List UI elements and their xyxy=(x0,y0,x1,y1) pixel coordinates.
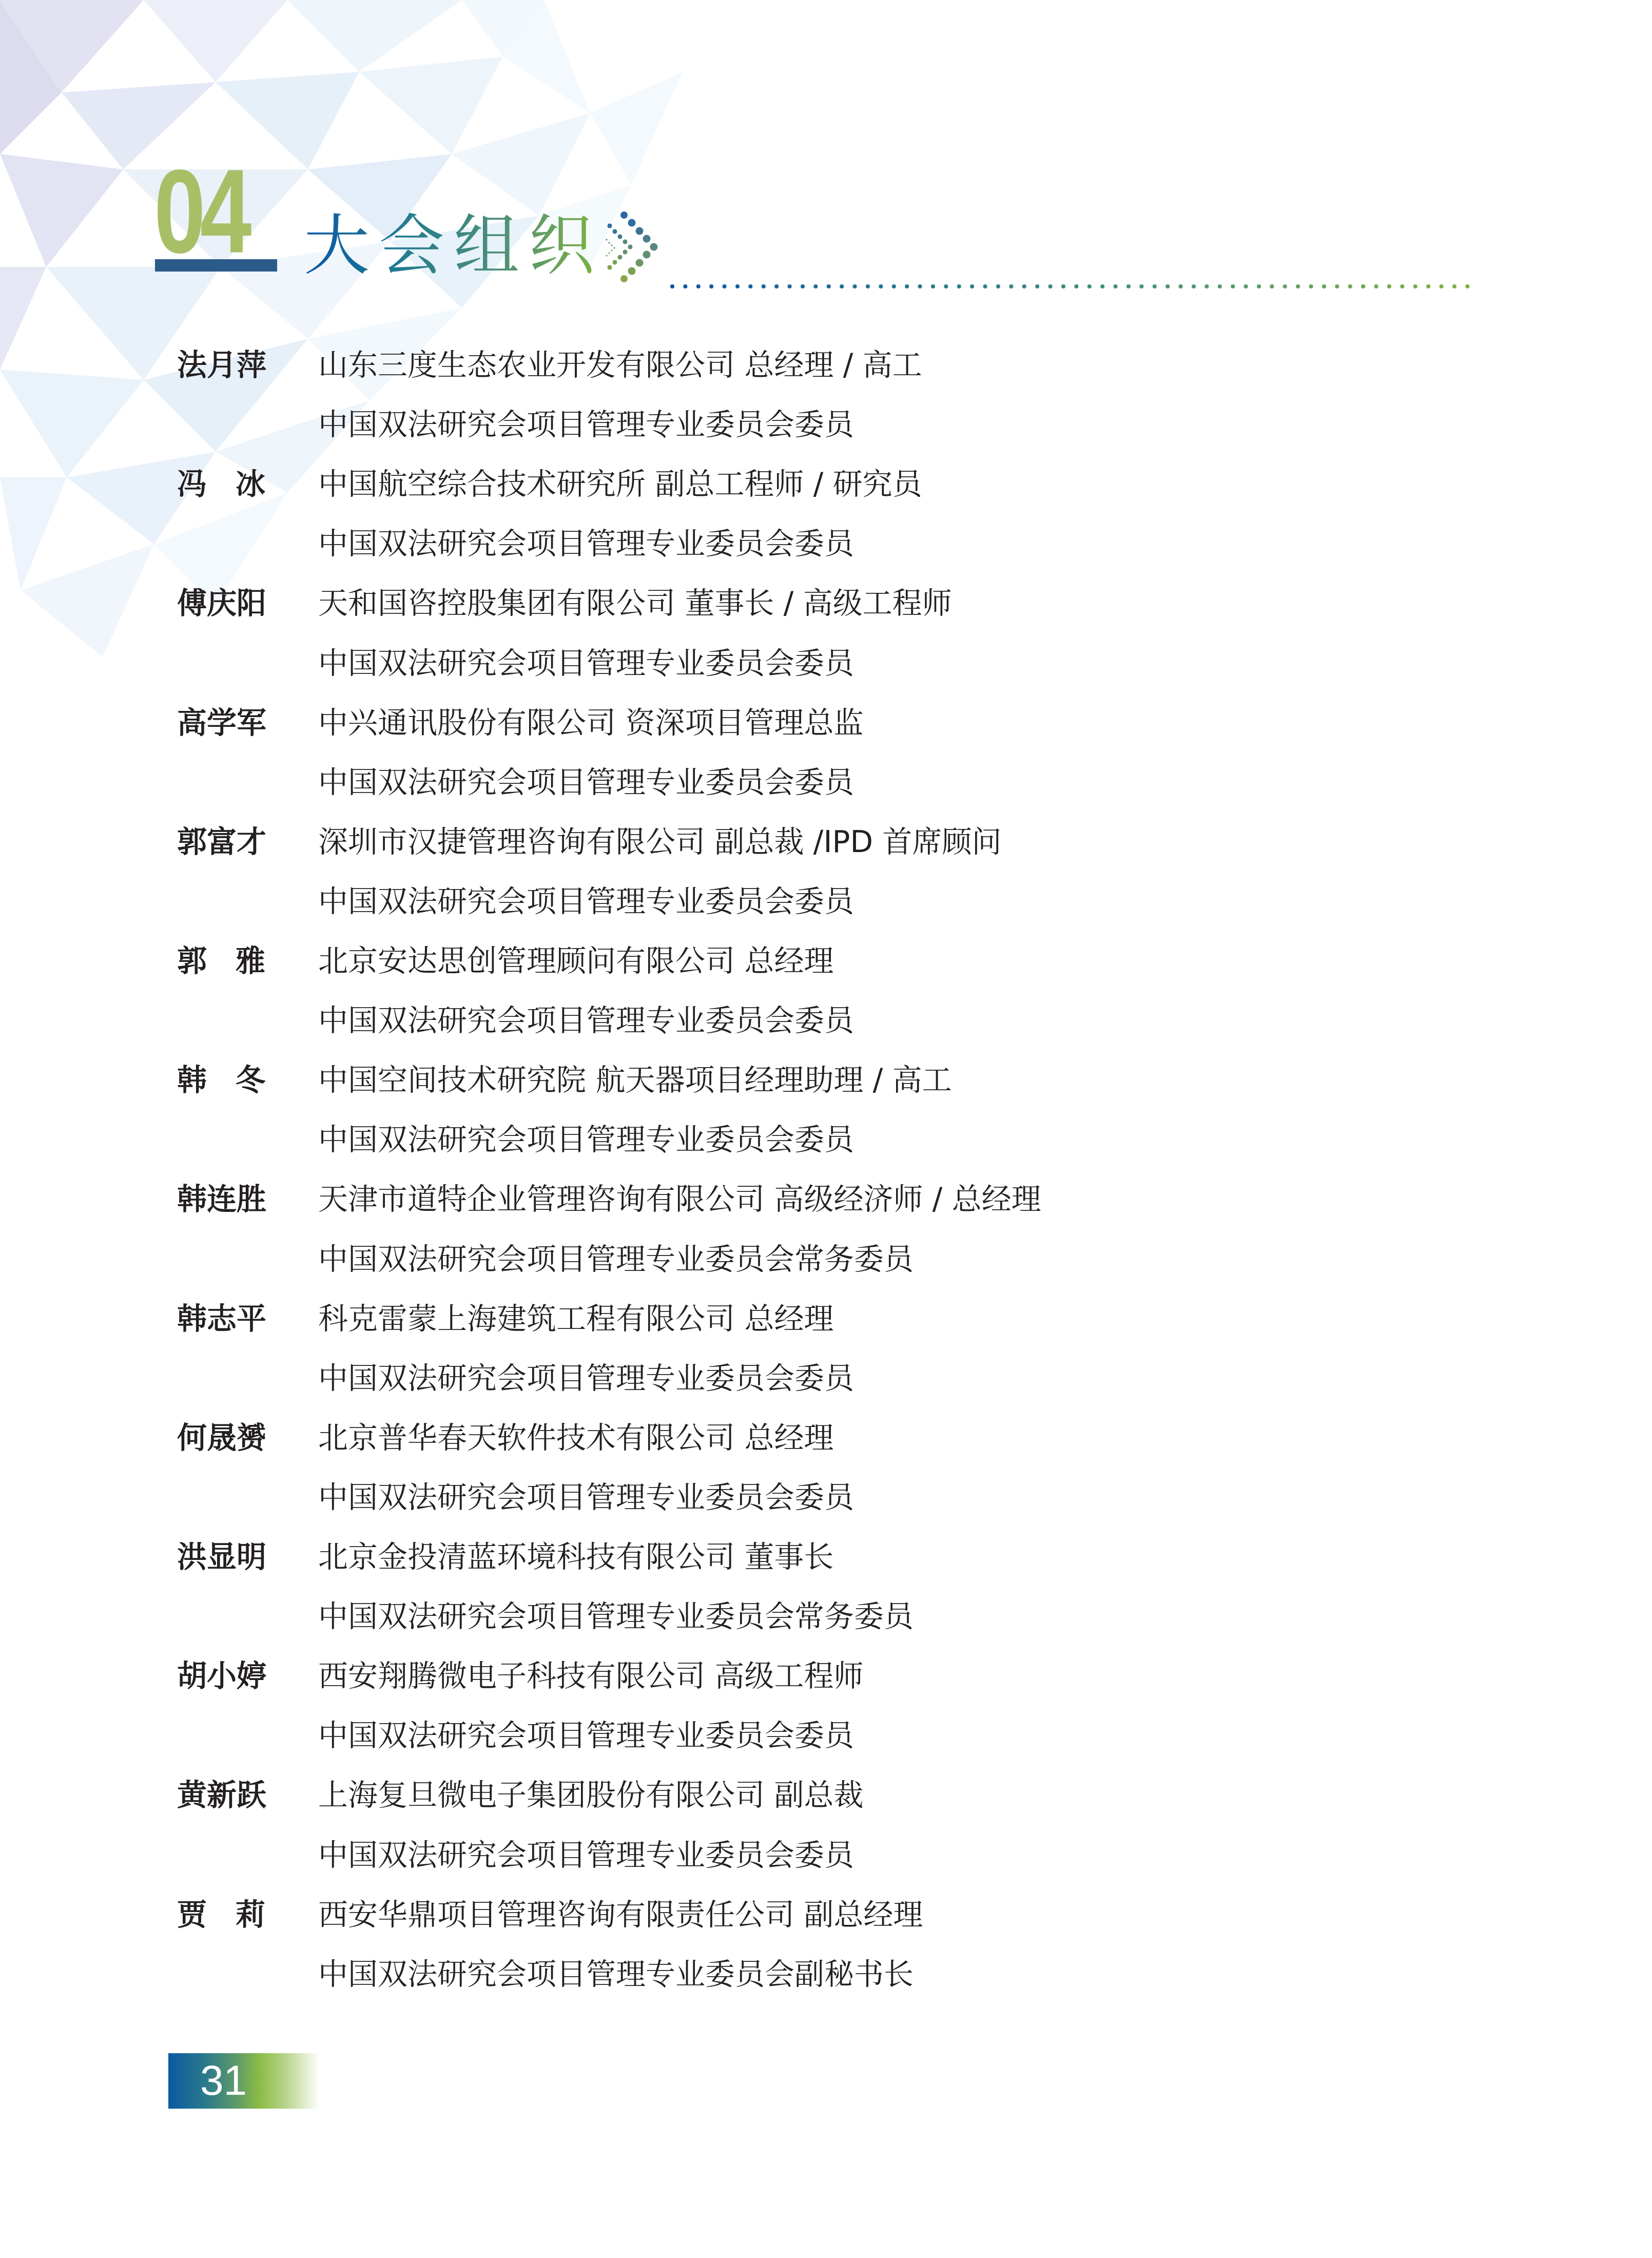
member-name-char: 才 xyxy=(237,812,266,872)
member-affiliation: 深圳市汉捷管理咨询有限公司 副总裁 /IPD 首席顾问 xyxy=(318,812,1002,872)
member-name-char: 明 xyxy=(237,1527,266,1587)
member-affiliation: 中国航空综合技术研究所 副总工程师 / 研究员 xyxy=(318,454,922,514)
member-affiliation: 天和国咨控股集团有限公司 董事长 / 高级工程师 xyxy=(318,573,952,633)
member-name-char: 小 xyxy=(207,1646,237,1706)
dotted-divider xyxy=(670,281,1475,292)
member-name-char: 莉 xyxy=(236,1885,265,1944)
member-committee-role: 中国双法研究会项目管理专业委员会委员 xyxy=(318,1706,854,1765)
member-name: 黄新跃 xyxy=(177,1765,265,1825)
member-name: 高学军 xyxy=(177,693,265,752)
member-name-char: 法 xyxy=(177,335,207,395)
section-number: 04 xyxy=(154,163,251,261)
member-affiliation: 上海复旦微电子集团股份有限公司 副总裁 xyxy=(318,1765,863,1825)
member-committee-role: 中国双法研究会项目管理专业委员会委员 xyxy=(318,514,854,573)
member-committee-role: 中国双法研究会项目管理专业委员会副秘书长 xyxy=(318,1944,914,2004)
member-name-char: 平 xyxy=(237,1289,266,1348)
member-name-char: 韩 xyxy=(177,1169,207,1229)
member-name-char: 新 xyxy=(207,1765,237,1825)
member-name-char: 雅 xyxy=(236,931,265,991)
member-affiliation: 西安翔腾微电子科技有限公司 高级工程师 xyxy=(318,1646,863,1706)
member-name-char: 黄 xyxy=(177,1765,207,1825)
member-committee-role: 中国双法研究会项目管理专业委员会委员 xyxy=(318,1468,854,1527)
member-name-char: 韩 xyxy=(177,1050,207,1110)
member-committee-role: 中国双法研究会项目管理专业委员会委员 xyxy=(318,1348,854,1408)
member-committee-role: 中国双法研究会项目管理专业委员会委员 xyxy=(318,1825,854,1885)
member-name-char: 学 xyxy=(207,693,237,752)
member-name-char: 萍 xyxy=(237,335,266,395)
member-affiliation: 天津市道特企业管理咨询有限公司 高级经济师 / 总经理 xyxy=(318,1169,1041,1229)
member-name: 法月萍 xyxy=(177,335,265,395)
member-name-char: 庆 xyxy=(207,573,237,633)
member-name-char: 赟 xyxy=(237,1408,266,1468)
member-name-char: 胜 xyxy=(237,1169,266,1229)
member-name: 贾莉 xyxy=(177,1885,265,1944)
member-name-char: 高 xyxy=(177,693,207,752)
member-affiliation: 北京普华春天软件技术有限公司 总经理 xyxy=(318,1408,833,1468)
member-affiliation: 西安华鼎项目管理咨询有限责任公司 副总经理 xyxy=(318,1885,923,1944)
member-name: 韩志平 xyxy=(177,1289,265,1348)
member-committee-role: 中国双法研究会项目管理专业委员会委员 xyxy=(318,872,854,931)
member-name: 傅庆阳 xyxy=(177,573,265,633)
member-name: 胡小婷 xyxy=(177,1646,265,1706)
member-name-char: 显 xyxy=(207,1527,237,1587)
member-committee-role: 中国双法研究会项目管理专业委员会委员 xyxy=(318,395,854,454)
member-name-char: 冰 xyxy=(236,454,265,514)
member-affiliation: 科克雷蒙上海建筑工程有限公司 总经理 xyxy=(318,1289,833,1348)
member-name-char: 军 xyxy=(237,693,266,752)
member-affiliation: 北京金投清蓝环境科技有限公司 董事长 xyxy=(318,1527,833,1587)
member-name: 郭富才 xyxy=(177,812,265,872)
section-number-underline xyxy=(155,259,277,272)
member-committee-role: 中国双法研究会项目管理专业委员会常务委员 xyxy=(318,1587,914,1646)
member-name: 洪显明 xyxy=(177,1527,265,1587)
member-name: 郭雅 xyxy=(177,931,265,991)
member-name-char: 韩 xyxy=(177,1289,207,1348)
member-name: 韩冬 xyxy=(177,1050,265,1110)
member-name-char: 冯 xyxy=(177,454,207,514)
section-header: 04 大会组织 xyxy=(0,0,1652,318)
member-name-char: 何 xyxy=(177,1408,207,1468)
member-name-char: 贾 xyxy=(177,1885,207,1944)
member-name-char: 洪 xyxy=(177,1527,207,1587)
page-number: 31 xyxy=(168,2053,279,2109)
member-committee-role: 中国双法研究会项目管理专业委员会委员 xyxy=(318,1110,854,1169)
member-name-char: 志 xyxy=(207,1289,237,1348)
member-name-char: 郭 xyxy=(177,812,207,872)
member-name-char: 阳 xyxy=(237,573,266,633)
member-name-char: 连 xyxy=(207,1169,237,1229)
member-name-char: 跃 xyxy=(237,1765,266,1825)
member-committee-role: 中国双法研究会项目管理专业委员会委员 xyxy=(318,633,854,693)
member-affiliation: 中国空间技术研究院 航天器项目经理助理 / 高工 xyxy=(318,1050,952,1110)
member-name-char: 月 xyxy=(207,335,237,395)
member-affiliation: 山东三度生态农业开发有限公司 总经理 / 高工 xyxy=(318,335,922,395)
page-number-badge: 31 xyxy=(168,2053,320,2109)
member-name-char: 婷 xyxy=(237,1646,266,1706)
member-name-char: 傅 xyxy=(177,573,207,633)
member-committee-role: 中国双法研究会项目管理专业委员会常务委员 xyxy=(318,1229,914,1289)
member-affiliation: 中兴通讯股份有限公司 资深项目管理总监 xyxy=(318,693,863,752)
member-name-char: 胡 xyxy=(177,1646,207,1706)
section-title: 大会组织 xyxy=(304,208,604,285)
member-affiliation: 北京安达思创管理顾问有限公司 总经理 xyxy=(318,931,833,991)
dotted-chevron-arrow-icon xyxy=(606,203,677,290)
member-name-char: 冬 xyxy=(236,1050,265,1110)
member-name-char: 富 xyxy=(207,812,237,872)
member-name: 何晟赟 xyxy=(177,1408,265,1468)
member-name: 韩连胜 xyxy=(177,1169,265,1229)
member-committee-role: 中国双法研究会项目管理专业委员会委员 xyxy=(318,752,854,812)
member-committee-role: 中国双法研究会项目管理专业委员会委员 xyxy=(318,991,854,1050)
member-name: 冯冰 xyxy=(177,454,265,514)
member-name-char: 晟 xyxy=(207,1408,237,1468)
member-name-char: 郭 xyxy=(177,931,207,991)
